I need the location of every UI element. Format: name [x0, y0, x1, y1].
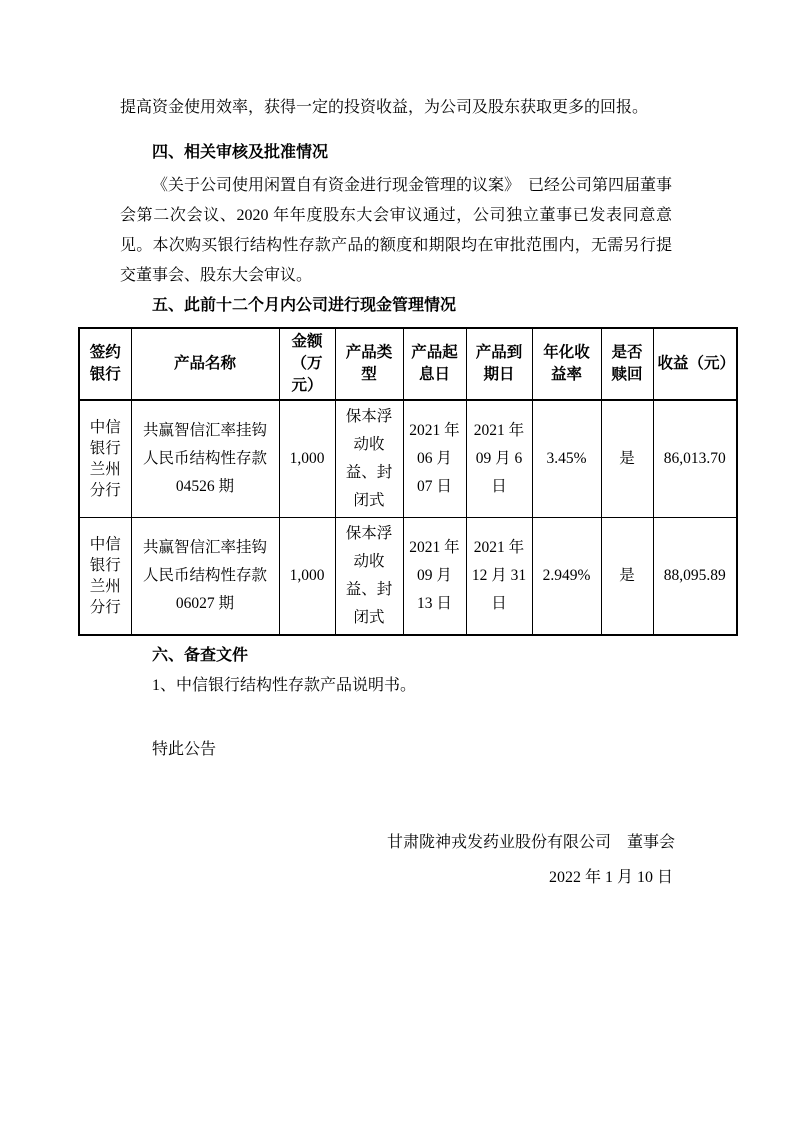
col-header-annual-yield: 年化收益率: [532, 328, 601, 400]
closing-statement: 特此公告: [152, 735, 672, 765]
section5-heading: 五、此前十二个月内公司进行现金管理情况: [152, 291, 672, 321]
table-row: 中信银行兰州分行 共赢智信汇率挂钩人民币结构性存款 06027 期 1,000 …: [79, 518, 737, 636]
cell-bank: 中信银行兰州分行: [79, 400, 131, 518]
document-page: 提高资金使用效率，获得一定的投资收益，为公司及股东获取更多的回报。 四、相关审核…: [0, 0, 793, 1122]
signature-date: 2022 年 1 月 10 日: [120, 863, 673, 893]
cell-income: 88,095.89: [653, 518, 737, 636]
cell-product-name: 共赢智信汇率挂钩人民币结构性存款 06027 期: [131, 518, 279, 636]
cell-amount: 1,000: [279, 518, 335, 636]
document-content: 提高资金使用效率，获得一定的投资收益，为公司及股东获取更多的回报。 四、相关审核…: [0, 0, 793, 893]
cell-product-name: 共赢智信汇率挂钩人民币结构性存款 04526 期: [131, 400, 279, 518]
col-header-bank: 签约银行: [79, 328, 131, 400]
table-header-row: 签约银行 产品名称 金额（万元） 产品类型 产品起息日 产品到期日 年化收益率 …: [79, 328, 737, 400]
cell-product-type: 保本浮动收益、封闭式: [335, 518, 403, 636]
reference-document-item: 1、中信银行结构性存款产品说明书。: [152, 671, 672, 701]
cell-end-date: 2021 年 09 月 6 日: [466, 400, 532, 518]
cell-start-date: 2021 年 09 月 13 日: [403, 518, 466, 636]
cell-product-type: 保本浮动收益、封闭式: [335, 400, 403, 518]
cash-management-table: 签约银行 产品名称 金额（万元） 产品类型 产品起息日 产品到期日 年化收益率 …: [78, 327, 738, 636]
table-row: 中信银行兰州分行 共赢智信汇率挂钩人民币结构性存款 04526 期 1,000 …: [79, 400, 737, 518]
section4-paragraph: 《关于公司使用闲置自有资金进行现金管理的议案》 已经公司第四届董事会第二次会议、…: [120, 171, 672, 291]
col-header-product-name: 产品名称: [131, 328, 279, 400]
cell-redeemed: 是: [601, 518, 653, 636]
signature-company: 甘肃陇神戎发药业股份有限公司 董事会: [120, 828, 675, 858]
cell-amount: 1,000: [279, 400, 335, 518]
col-header-income: 收益（元）: [653, 328, 737, 400]
col-header-amount: 金额（万元）: [279, 328, 335, 400]
cell-annual-yield: 2.949%: [532, 518, 601, 636]
cell-income: 86,013.70: [653, 400, 737, 518]
col-header-product-type: 产品类型: [335, 328, 403, 400]
col-header-start-date: 产品起息日: [403, 328, 466, 400]
cell-redeemed: 是: [601, 400, 653, 518]
continuation-line: 提高资金使用效率，获得一定的投资收益，为公司及股东获取更多的回报。: [120, 93, 672, 123]
cell-end-date: 2021 年 12 月 31 日: [466, 518, 532, 636]
section6-heading: 六、备查文件: [152, 641, 672, 671]
section4-heading: 四、相关审核及批准情况: [152, 138, 672, 168]
cell-annual-yield: 3.45%: [532, 400, 601, 518]
col-header-redeemed: 是否赎回: [601, 328, 653, 400]
cell-bank: 中信银行兰州分行: [79, 518, 131, 636]
col-header-end-date: 产品到期日: [466, 328, 532, 400]
cell-start-date: 2021 年 06 月 07 日: [403, 400, 466, 518]
